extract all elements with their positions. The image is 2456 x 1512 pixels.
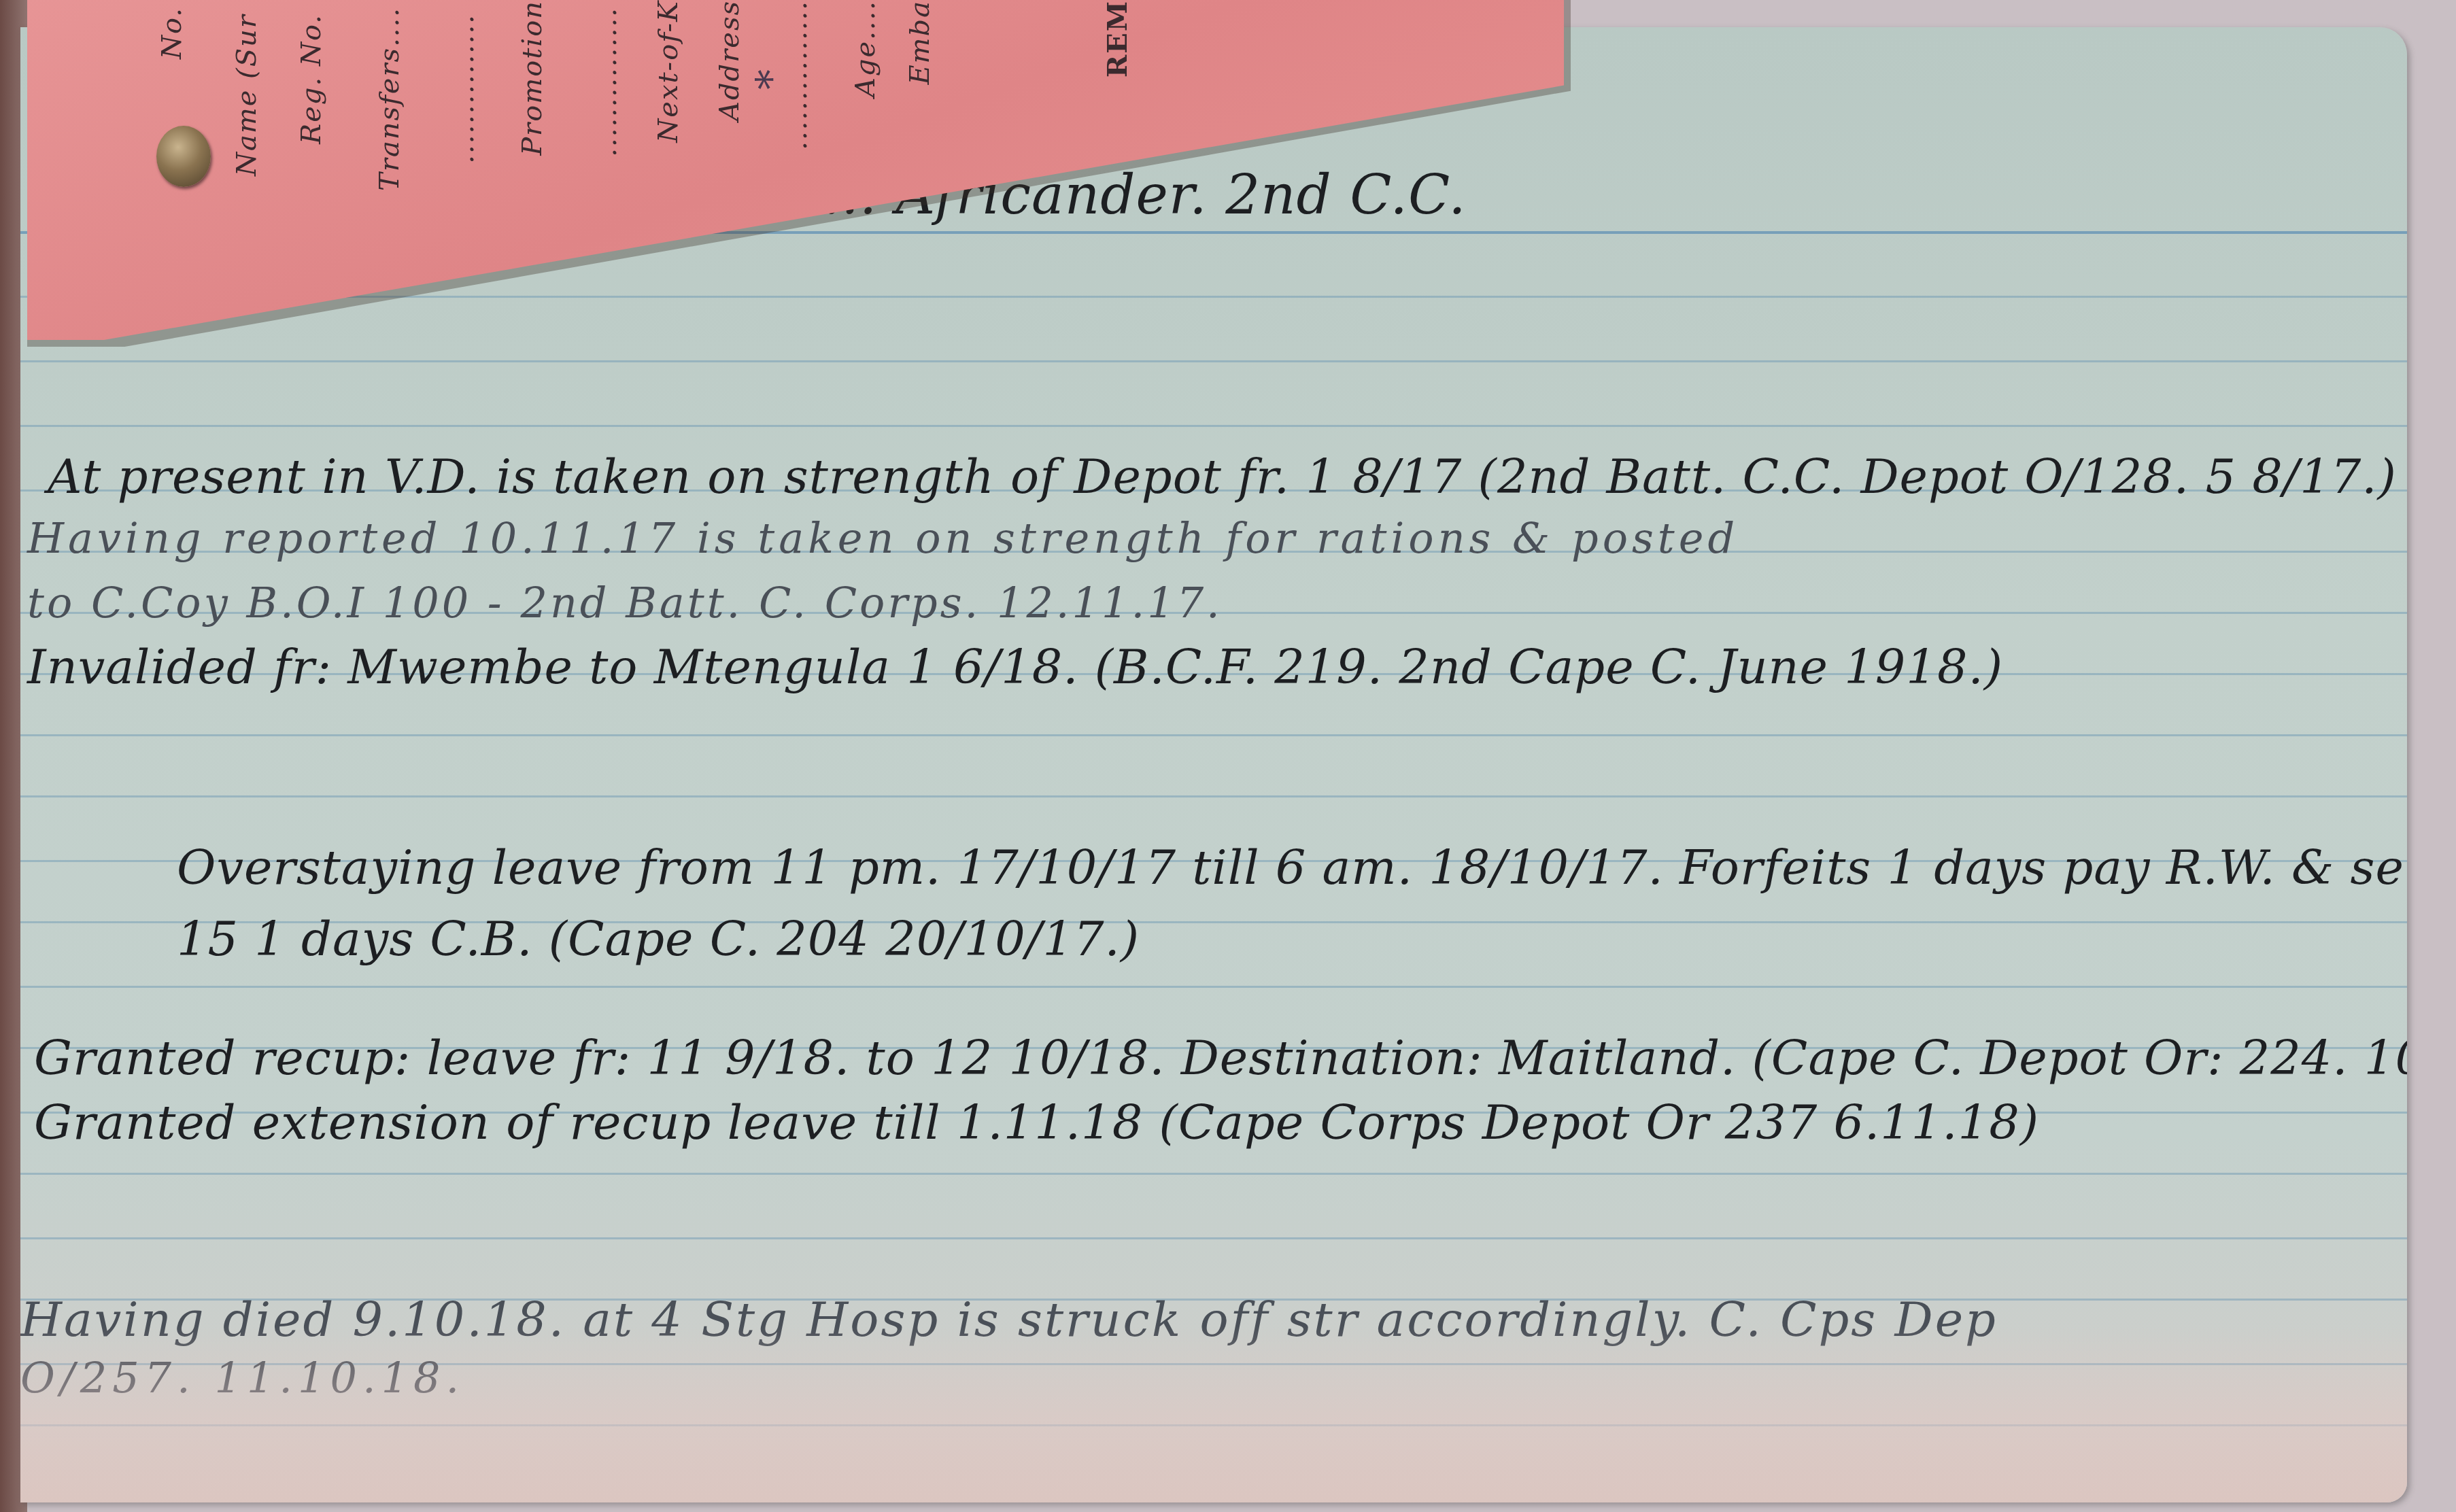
rule-line — [20, 1424, 2407, 1426]
entry-line: Overstaying leave from 11 pm. 17/10/17 t… — [177, 840, 2407, 895]
pink-field: Transfers.... — [374, 7, 405, 191]
rule-line — [20, 1237, 2407, 1239]
rule-line — [20, 734, 2407, 736]
pink-field: Age.... — [850, 0, 881, 97]
rule-line — [20, 1363, 2407, 1365]
pink-field: Address — [714, 0, 745, 121]
rule-line — [20, 1173, 2407, 1175]
entry-line: to C.Coy B.O.I 100 - 2nd Batt. C. Corps.… — [27, 578, 1223, 628]
pink-field: No. — [156, 7, 188, 59]
pink-field: Emba — [904, 0, 936, 85]
rule-line — [20, 986, 2407, 988]
entry-line: Invalided fr: Mwembe to Mtengula 1 6/18.… — [27, 639, 2003, 695]
rivet-icon — [156, 126, 211, 187]
entry-line: O/257. 11.10.18. — [20, 1353, 464, 1403]
pink-field: REM — [1102, 0, 1133, 78]
entry-line: Having died 9.10.18. at 4 Stg Hosp is st… — [20, 1292, 1998, 1347]
pink-field: Next-of-K — [653, 0, 684, 143]
entry-line: Granted extension of recup leave till 1.… — [34, 1095, 2039, 1150]
entry-line: Having reported 10.11.17 is taken on str… — [27, 513, 1739, 563]
pink-field: Reg. No. — [296, 14, 327, 144]
asterisk-mark: * — [748, 68, 796, 90]
pink-field: ............... — [592, 7, 623, 157]
entry-line: 15 1 days C.B. (Cape C. 204 20/10/17.) — [177, 911, 1140, 967]
rule-line — [20, 795, 2407, 797]
rule-line — [20, 360, 2407, 362]
entry-line: Granted recup: leave fr: 11 9/18. to 12 … — [34, 1030, 2407, 1086]
pink-field: ............... — [449, 14, 480, 164]
entry-line: At present in V.D. is taken on strength … — [48, 449, 2397, 504]
pink-field: Name (Sur — [231, 14, 262, 176]
pink-field: Promotion — [517, 0, 548, 156]
rule-line — [20, 425, 2407, 427]
